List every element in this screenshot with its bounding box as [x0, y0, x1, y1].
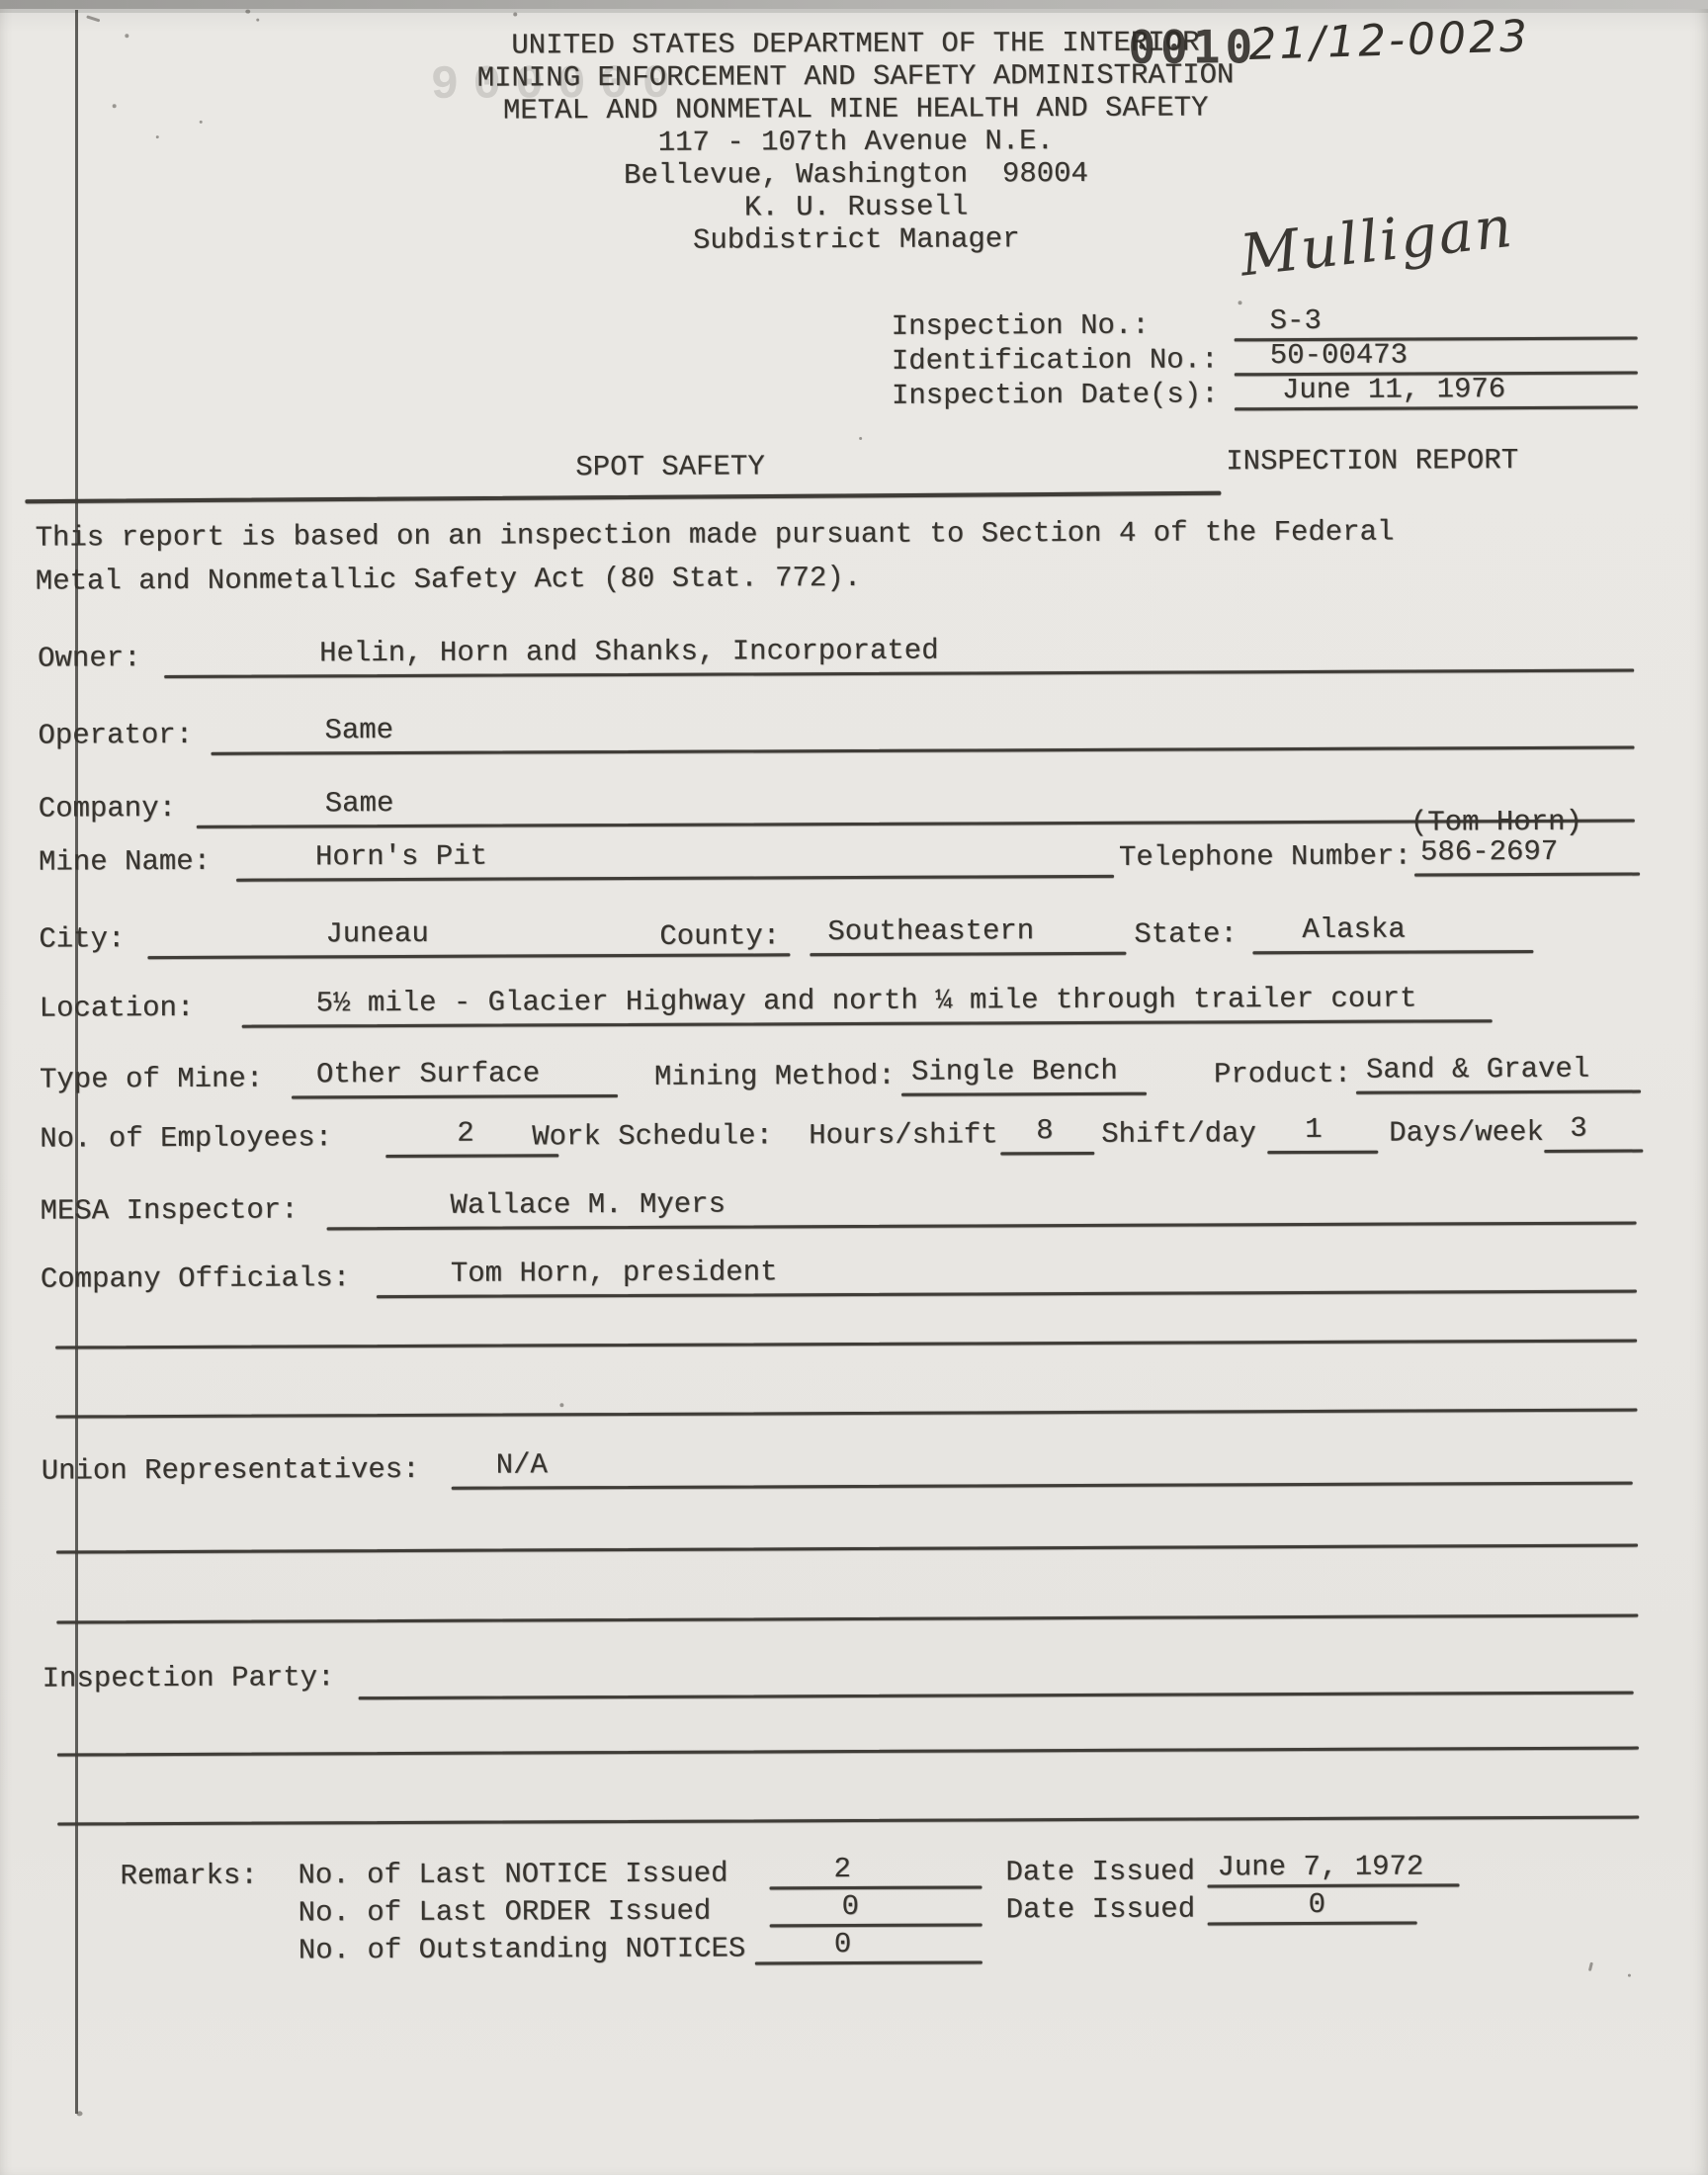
days-week-underline	[1544, 1150, 1643, 1153]
intro-line-1: This report is based on an inspection ma…	[35, 516, 1394, 555]
scan-speck	[256, 19, 259, 22]
company-officials-underline	[377, 1290, 1637, 1299]
stamped-number: 0010	[1128, 20, 1257, 74]
scan-speck	[1628, 1974, 1631, 1977]
inspection-party-label: Inspection Party:	[43, 1661, 335, 1695]
blank-line	[56, 1614, 1638, 1624]
employees-underline	[385, 1154, 558, 1158]
mesa-inspector-label: MESA Inspector:	[40, 1193, 298, 1227]
owner-label: Owner:	[38, 642, 141, 674]
order-date-label: Date Issued	[1006, 1893, 1196, 1927]
last-order-value: 0	[842, 1890, 860, 1923]
union-reps-label: Union Representatives:	[42, 1453, 420, 1488]
identification-no-value: 50-00473	[1270, 339, 1408, 373]
employees-label: No. of Employees:	[40, 1121, 332, 1155]
location-underline	[242, 1019, 1493, 1028]
notice-date-value: June 7, 1972	[1217, 1850, 1423, 1883]
company-officials-value: Tom Horn, president	[451, 1256, 778, 1289]
mine-type-label: Type of Mine:	[40, 1063, 263, 1096]
mine-name-label: Mine Name:	[39, 845, 211, 879]
blank-line	[56, 1544, 1638, 1554]
identification-no-label: Identification No.:	[892, 343, 1219, 377]
handwritten-number: 21/12-0023	[1248, 11, 1531, 70]
scan-speck	[156, 135, 159, 138]
scan-speck	[77, 2111, 83, 2116]
inspection-dates-value: June 11, 1976	[1282, 373, 1505, 406]
location-value: 5½ mile - Glacier Highway and north ¼ mi…	[316, 983, 1417, 1020]
inspection-no-value: S-3	[1270, 304, 1322, 337]
mine-type-underline	[292, 1094, 618, 1098]
company-officials-label: Company Officials:	[41, 1261, 350, 1295]
blank-line	[57, 1816, 1639, 1826]
hours-shift-underline	[1000, 1152, 1094, 1155]
union-reps-value: N/A	[496, 1448, 548, 1481]
operator-value: Same	[324, 714, 393, 746]
union-reps-underline	[452, 1482, 1633, 1490]
dept-line-3: METAL AND NONMETAL MINE HEALTH AND SAFET…	[293, 90, 1419, 128]
county-underline	[810, 952, 1126, 956]
address-line-2: Bellevue, Washington 98004	[293, 155, 1419, 193]
scan-speck	[86, 15, 100, 22]
remarks-label: Remarks:	[120, 1860, 257, 1893]
order-date-value: 0	[1309, 1888, 1326, 1921]
days-week-value: 3	[1570, 1112, 1587, 1145]
shift-day-underline	[1267, 1151, 1378, 1154]
county-value: Southeastern	[827, 914, 1034, 948]
mine-type-value: Other Surface	[316, 1057, 540, 1090]
address-line-1: 117 - 107th Avenue N.E.	[293, 123, 1419, 160]
scan-speck	[859, 437, 862, 440]
owner-value: Helin, Horn and Shanks, Incorporated	[319, 635, 939, 670]
title-rule	[25, 491, 1221, 503]
scan-speck	[125, 34, 128, 38]
scan-speck	[513, 12, 517, 16]
tom-horn-note: (Tom Horn)	[1410, 806, 1582, 839]
operator-underline	[212, 746, 1635, 755]
city-underline	[147, 953, 790, 959]
company-value: Same	[325, 787, 394, 820]
order-date-underline	[1208, 1922, 1417, 1926]
notice-date-underline	[1208, 1883, 1460, 1887]
scan-speck	[559, 1403, 563, 1407]
mining-method-underline	[901, 1092, 1147, 1096]
outstanding-notices-underline	[755, 1960, 982, 1964]
notice-date-label: Date Issued	[1005, 1856, 1195, 1889]
telephone-underline	[1414, 873, 1640, 877]
county-label: County:	[659, 919, 780, 953]
report-title-left: SPOT SAFETY	[575, 450, 765, 483]
product-underline	[1356, 1090, 1641, 1094]
inspection-dates-label: Inspection Date(s):	[892, 378, 1219, 411]
blank-line	[55, 1409, 1637, 1419]
telephone-label: Telephone Number:	[1119, 840, 1411, 874]
owner-underline	[164, 669, 1634, 678]
last-notice-label: No. of Last NOTICE Issued	[298, 1858, 727, 1892]
state-value: Alaska	[1302, 913, 1406, 946]
scanned-document-page: 900000 UNITED STATES DEPARTMENT OF THE I…	[0, 0, 1708, 2175]
product-value: Sand & Gravel	[1366, 1053, 1589, 1087]
mine-name-value: Horn's Pit	[315, 840, 487, 874]
scan-speck	[1238, 301, 1242, 304]
mesa-inspector-underline	[327, 1222, 1637, 1231]
mine-name-underline	[236, 875, 1114, 882]
work-schedule-label: Work Schedule:	[532, 1119, 773, 1153]
inspection-party-underline	[359, 1692, 1634, 1700]
state-underline	[1252, 950, 1533, 954]
report-title-right: INSPECTION REPORT	[1226, 444, 1518, 478]
telephone-value: 586-2697	[1420, 835, 1558, 869]
hours-shift-label: Hours/shift	[809, 1118, 998, 1152]
outstanding-notices-value: 0	[834, 1928, 852, 1960]
company-label: Company:	[39, 792, 176, 826]
scan-speck	[245, 10, 250, 14]
blank-line	[55, 1340, 1637, 1349]
scan-speck	[113, 104, 117, 108]
shift-day-value: 1	[1305, 1113, 1323, 1146]
last-order-label: No. of Last ORDER Issued	[299, 1895, 712, 1930]
location-label: Location:	[40, 992, 195, 1025]
intro-line-2: Metal and Nonmetallic Safety Act (80 Sta…	[36, 562, 861, 598]
inspection-dates-underline	[1235, 406, 1638, 411]
inspection-no-label: Inspection No.:	[892, 309, 1150, 343]
city-label: City:	[39, 922, 125, 955]
shift-day-label: Shift/day	[1101, 1117, 1256, 1151]
mesa-inspector-value: Wallace M. Myers	[450, 1188, 726, 1222]
scan-speck	[200, 121, 203, 124]
state-label: State:	[1134, 917, 1238, 950]
city-value: Juneau	[325, 917, 429, 950]
scan-speck	[1588, 1962, 1593, 1971]
outstanding-notices-label: No. of Outstanding NOTICES	[299, 1932, 746, 1966]
last-notice-underline	[770, 1885, 982, 1889]
product-label: Product:	[1214, 1058, 1351, 1091]
operator-label: Operator:	[38, 719, 193, 752]
days-week-label: Days/week	[1389, 1116, 1544, 1150]
last-notice-value: 2	[833, 1853, 851, 1885]
blank-line	[57, 1747, 1639, 1757]
mining-method-value: Single Bench	[911, 1055, 1118, 1088]
last-order-underline	[770, 1923, 982, 1927]
mining-method-label: Mining Method:	[654, 1060, 896, 1093]
hours-shift-value: 8	[1036, 1114, 1054, 1147]
employees-value: 2	[457, 1117, 474, 1150]
